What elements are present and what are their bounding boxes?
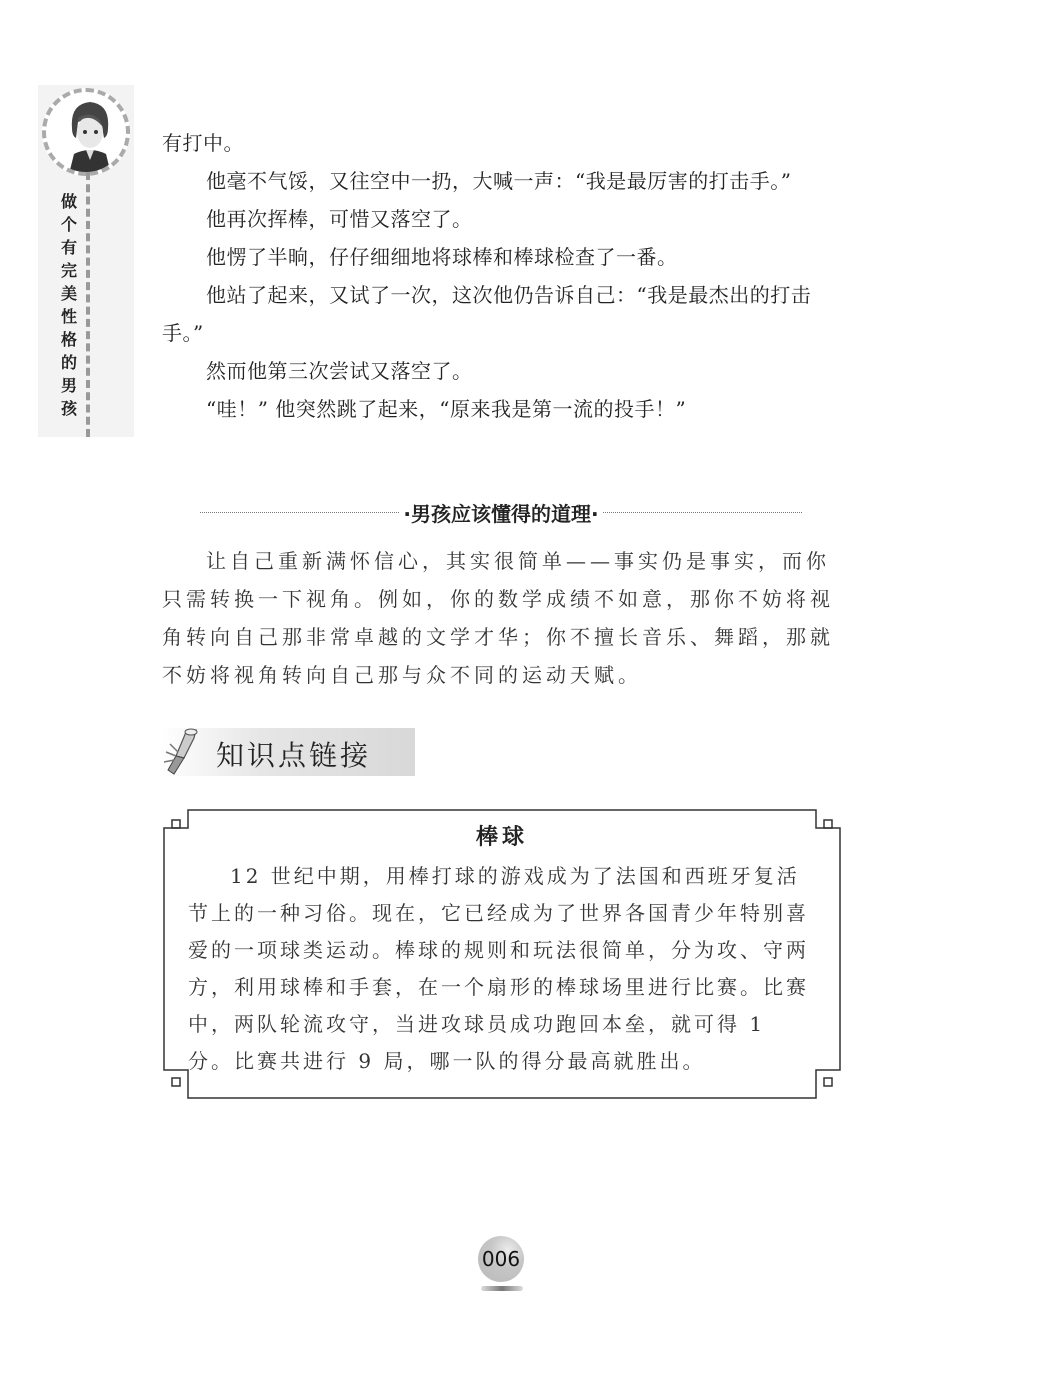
page-number: 006 [478, 1236, 524, 1282]
boy-portrait-icon [64, 98, 114, 176]
box-title: 棒球 [162, 820, 842, 851]
story-paragraph: 他愣了半晌，仔仔细细地将球棒和棒球检查了一番。 [162, 238, 842, 276]
story-paragraph: 有打中。 [162, 124, 842, 162]
lesson-text: 让自己重新满怀信心，其实很简单——事实仍是事实，而你只需转换一下视角。例如，你的… [162, 542, 842, 694]
story-paragraph: 他站了起来，又试了一次，这次他仍告诉自己：“我是最杰出的打击手。” [162, 276, 842, 352]
story-paragraph: 他毫不气馁，又往空中一扔，大喊一声：“我是最厉害的打击手。” [162, 162, 842, 200]
scroll-icon [164, 728, 204, 776]
dotted-divider [200, 512, 399, 513]
knowledge-banner-title: 知识点链接 [216, 734, 371, 774]
sidebar-dashed-line [86, 172, 90, 437]
lesson-heading-text: ·男孩应该懂得的道理· [399, 498, 602, 527]
knowledge-banner: 知识点链接 [160, 728, 415, 776]
story-text: 有打中。 他毫不气馁，又往空中一扔，大喊一声：“我是最厉害的打击手。” 他再次挥… [162, 124, 842, 428]
avatar [42, 88, 130, 176]
book-title-vertical: 做 个 有 完 美 性 格 的 男 孩 [56, 190, 82, 420]
lesson-heading: ·男孩应该懂得的道理· [200, 498, 802, 526]
box-text: 12 世纪中期，用棒打球的游戏成为了法国和西班牙复活节上的一种习俗。现在，它已经… [188, 858, 818, 1080]
story-paragraph: “哇！” 他突然跳了起来，“原来我是第一流的投手！” [162, 390, 842, 428]
story-paragraph: 他再次挥棒，可惜又落空了。 [162, 200, 842, 238]
story-paragraph: 然而他第三次尝试又落空了。 [162, 352, 842, 390]
dotted-divider [603, 512, 802, 513]
knowledge-box: 棒球 12 世纪中期，用棒打球的游戏成为了法国和西班牙复活节上的一种习俗。现在，… [162, 808, 842, 1100]
page-number-shadow [481, 1286, 523, 1291]
